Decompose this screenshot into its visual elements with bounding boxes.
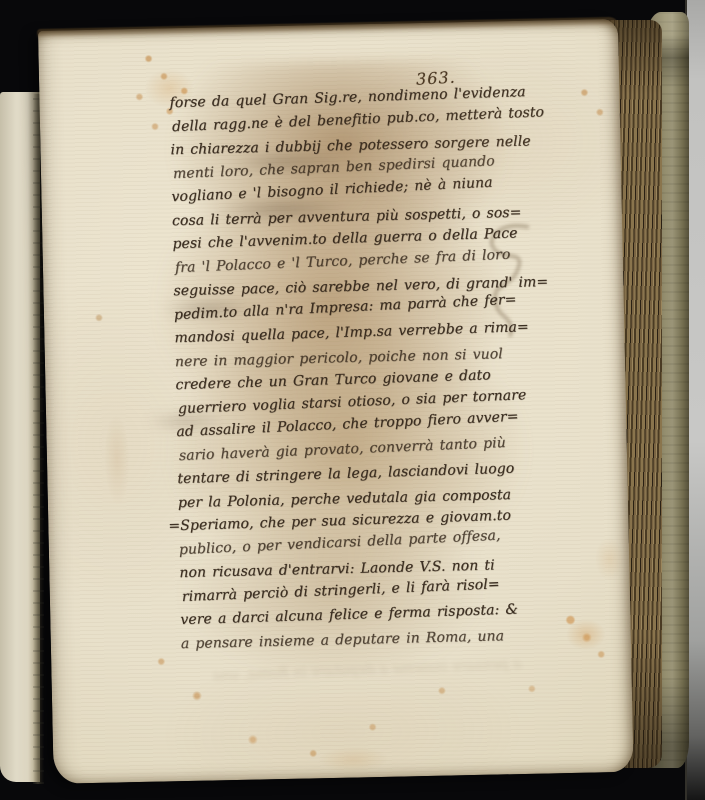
bleedthrough-text: a pensare insieme a deputare in Roma, un… — [191, 656, 521, 685]
photo-stage: 363. forse da quel Gran Sig.re, nondimen… — [0, 0, 705, 800]
manuscript-page: 363. forse da quel Gran Sig.re, nondimen… — [38, 19, 634, 784]
handwritten-text-block: forse da quel Gran Sig.re, nondimeno l'e… — [169, 84, 559, 656]
